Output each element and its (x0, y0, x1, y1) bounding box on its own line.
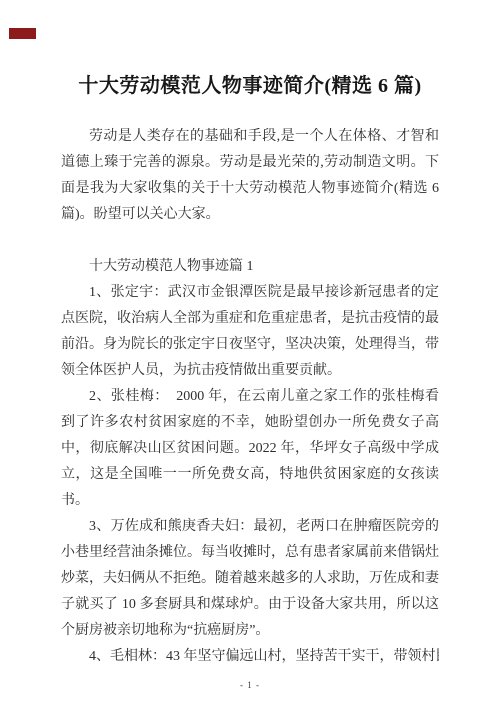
body-paragraph-truncated: 4、毛相林：43 年坚守偏远山村，坚持苦干实干，带领村民用最 (61, 644, 439, 670)
intro-paragraph: 劳动是人类存在的基础和手段,是一个人在体格、才智和道德上臻于完善的源泉。劳动是最… (61, 124, 439, 228)
section-heading: 十大劳动模范人物事迹篇 1 (61, 254, 439, 280)
document-content: 十大劳动模范人物事迹简介(精选 6 篇) 劳动是人类存在的基础和手段,是一个人在… (0, 0, 500, 690)
body-paragraph: 1、张定宇：武汉市金银潭医院是最早接诊新冠患者的定点医院，收治病人全部为重症和危… (61, 280, 439, 384)
page-number: - 1 - (61, 680, 439, 690)
red-accent-bar (9, 28, 36, 39)
document-body: 劳动是人类存在的基础和手段,是一个人在体格、才智和道德上臻于完善的源泉。劳动是最… (61, 124, 439, 670)
document-title: 十大劳动模范人物事迹简介(精选 6 篇) (61, 72, 439, 100)
body-paragraph: 2、张桂梅： 2000 年，在云南儿童之家工作的张桂梅看到了许多农村贫困家庭的不… (61, 384, 439, 514)
document-page: 十大劳动模范人物事迹简介(精选 6 篇) 劳动是人类存在的基础和手段,是一个人在… (0, 0, 500, 707)
body-paragraph: 3、万佐成和熊庚香夫妇：最初，老两口在肿瘤医院旁的小巷里经营油条摊位。每当收摊时… (61, 514, 439, 644)
